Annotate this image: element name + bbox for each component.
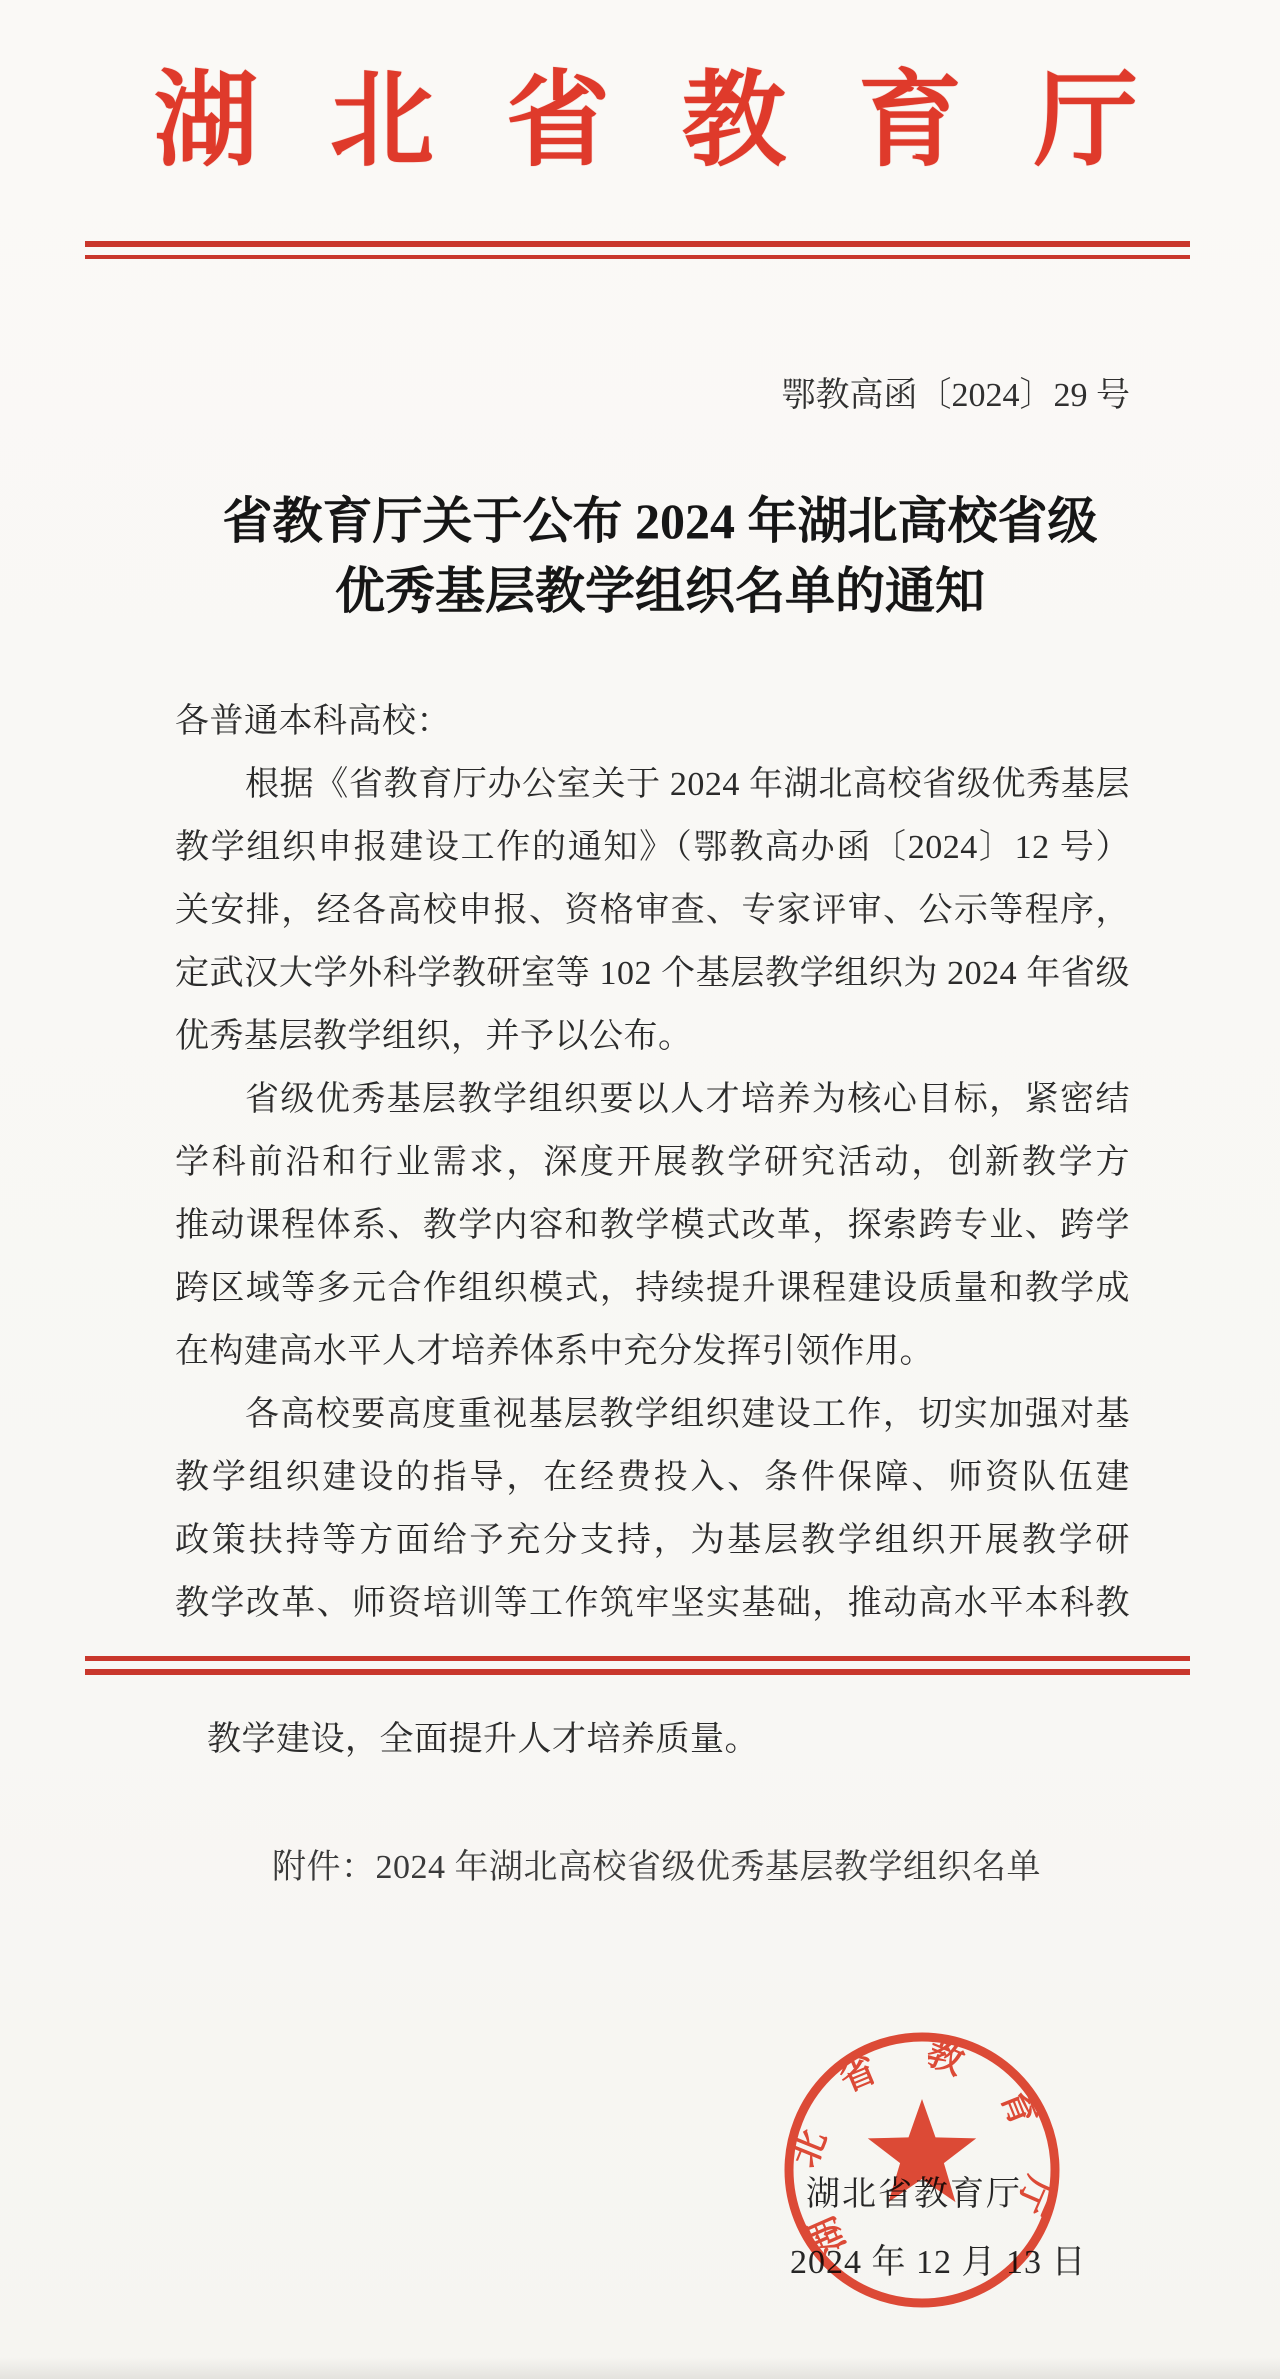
document-number: 鄂教高函〔2024〕29 号 (782, 376, 1131, 416)
body-line: 关安排，经各高校申报、资格审查、专家评审、公示等程序，认 (175, 879, 1130, 942)
letterhead-double-rule-bottom (85, 255, 1190, 259)
body-line: 各高校要高度重视基层教学组织建设工作，切实加强对基层 (175, 1383, 1130, 1446)
document-title-line-1: 省教育厅关于公布 2024 年湖北高校省级 (40, 486, 1280, 556)
body-line: 在构建高水平人才培养体系中充分发挥引领作用。 (175, 1320, 1130, 1383)
body-line: 优秀基层教学组织，并予以公布。 (175, 1005, 1130, 1068)
attachment-line: 附件：2024 年湖北高校省级优秀基层教学组织名单 (272, 1838, 1041, 1898)
body-line: 根据《省教育厅办公室关于 2024 年湖北高校省级优秀基层 (175, 753, 1130, 816)
body-line: 定武汉大学外科学教研室等 102 个基层教学组织为 2024 年省级 (175, 942, 1130, 1005)
document-title: 省教育厅关于公布 2024 年湖北高校省级 优秀基层教学组织名单的通知 (40, 486, 1280, 626)
body-continuation-line: 教学建设，全面提升人才培养质量。 (207, 1710, 759, 1770)
body-line: 教学组织申报建设工作的通知》（鄂教高办函〔2024〕12 号）相 (175, 816, 1130, 879)
page-break-rule-bottom (85, 1669, 1190, 1675)
body-line: 学科前沿和行业需求，深度开展教学研究活动，创新教学方法， (175, 1131, 1130, 1194)
letterhead-agency-name: 湖北省教育厅 (154, 62, 1210, 182)
document-page: 湖北省教育厅 鄂教高函〔2024〕29 号 省教育厅关于公布 2024 年湖北高… (0, 0, 1280, 2379)
body-text: 各普通本科高校： 根据《省教育厅办公室关于 2024 年湖北高校省级优秀基层 教… (175, 690, 1130, 1635)
salutation: 各普通本科高校： (175, 690, 1130, 753)
letterhead-double-rule-top (85, 241, 1190, 247)
page-break-rule-top (85, 1656, 1190, 1661)
seal-star-icon (868, 2099, 976, 2202)
body-line: 推动课程体系、教学内容和教学模式改革，探索跨专业、跨学校、 (175, 1194, 1130, 1257)
document-title-line-2: 优秀基层教学组织名单的通知 (40, 556, 1280, 626)
body-line: 政策扶持等方面给予充分支持，为基层教学组织开展教学研究、 (175, 1509, 1130, 1572)
body-line: 跨区域等多元合作组织模式，持续提升课程建设质量和教学成效， (175, 1257, 1130, 1320)
official-seal: 湖北省教育厅 (772, 2020, 1072, 2320)
body-line: 省级优秀基层教学组织要以人才培养为核心目标，紧密结合 (175, 1068, 1130, 1131)
body-line: 教学改革、师资培训等工作筑牢坚实基础，推动高水平本科教育 (175, 1572, 1130, 1635)
body-line: 教学组织建设的指导，在经费投入、条件保障、师资队伍建设、 (175, 1446, 1130, 1509)
